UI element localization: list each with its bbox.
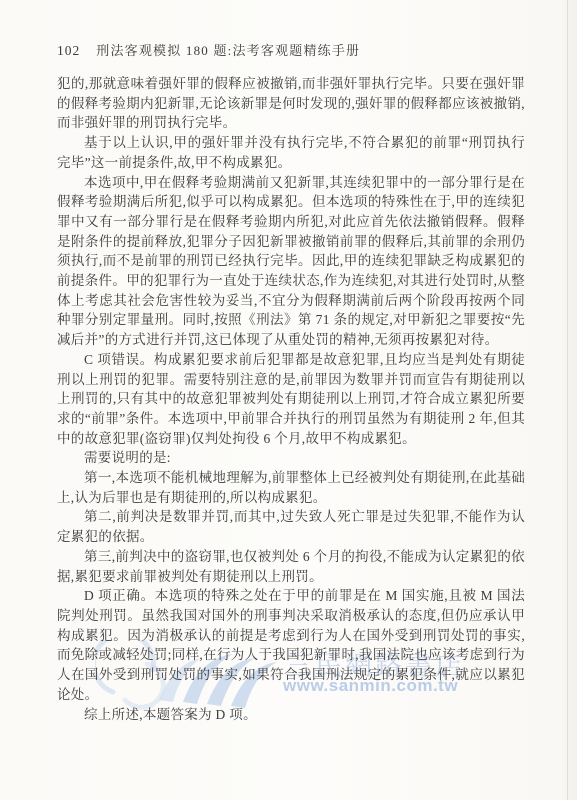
- paragraph: 本选项中,甲在假释考验期满前又犯新罪,其连续犯罪中的一部分罪行是在假释考验期满后…: [57, 173, 525, 350]
- paragraph-note-3: 第三,前判决中的盗窃罪,也仅被判处 6 个月的拘役,不能成为认定累犯的依据,累犯…: [57, 547, 525, 586]
- paragraph-note-1: 第一,本选项不能机械地理解为,前罪整体上已经被判处有期徒刑,在此基础上,认为后罪…: [57, 468, 525, 507]
- paragraph-note-lead: 需要说明的是:: [57, 448, 525, 468]
- scan-edge-line: [567, 0, 568, 800]
- answer-explanation: 犯的,那就意味着强奸罪的假释应被撤销,而非强奸罪执行完毕。只要在强奸罪的假释考验…: [57, 74, 525, 724]
- paragraph-option-d: D 项正确。本选项的特殊之处在于甲的前罪是在 M 国实施,且被 M 国法院判处刑…: [57, 586, 525, 704]
- paragraph: 基于以上认识,甲的强奸罪并没有执行完毕,不符合累犯的前罪“刑罚执行完毕”这一前提…: [57, 133, 525, 172]
- page-number: 102: [57, 43, 80, 59]
- book-page: 三民網路書店 www.sanmin.com.tw 102 刑法客观模拟 180 …: [0, 0, 577, 800]
- paragraph-conclusion: 综上所述,本题答案为 D 项。: [57, 705, 525, 725]
- page-header: 102 刑法客观模拟 180 题:法考客观题精练手册: [57, 40, 525, 59]
- paragraph-option-c: C 项错误。构成累犯要求前后犯罪都是故意犯罪,且均应当是判处有期徒刑以上刑罚的犯…: [57, 350, 525, 449]
- book-title: 刑法客观模拟 180 题:法考客观题精练手册: [96, 40, 360, 59]
- paragraph-continuation: 犯的,那就意味着强奸罪的假释应被撤销,而非强奸罪执行完毕。只要在强奸罪的假释考验…: [57, 74, 525, 133]
- paragraph-note-2: 第二,前判决是数罪并罚,而其中,过失致人死亡罪是过失犯罪,不能作为认定累犯的依据…: [57, 507, 525, 546]
